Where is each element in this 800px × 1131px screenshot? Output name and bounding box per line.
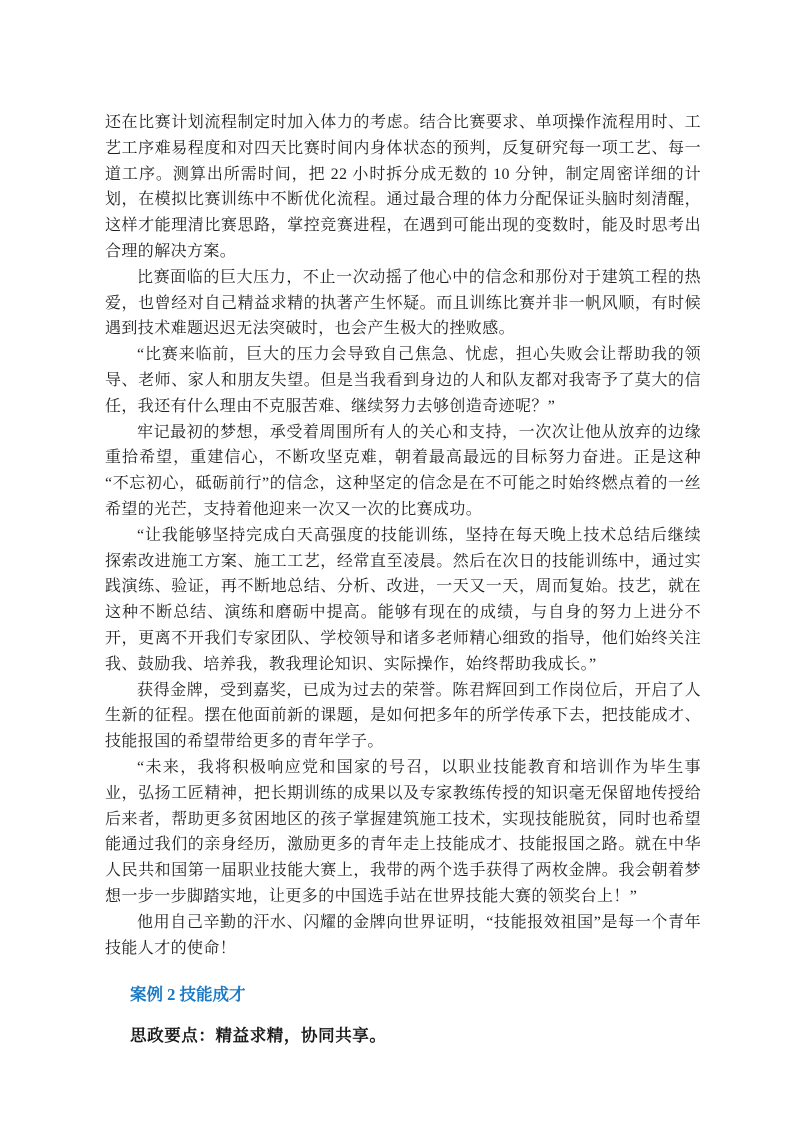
paragraph: 他用自己辛勤的汗水、闪耀的金牌向世界证明，“技能报效祖国”是每一个青年技能人才的… (105, 910, 701, 962)
case1-body-text: 还在比赛计划流程制定时加入体力的考虑。结合比赛要求、单项操作流程用时、工艺工序难… (105, 110, 701, 961)
document-page: 还在比赛计划流程制定时加入体力的考虑。结合比赛要求、单项操作流程用时、工艺工序难… (0, 0, 800, 1131)
paragraph: 比赛面临的巨大压力，不止一次动摇了他心中的信念和那份对于建筑工程的热爱，也曾经对… (105, 265, 701, 342)
key-points-label: 思政要点： (130, 1026, 216, 1045)
key-points-text: 精益求精，协同共享。 (216, 1026, 387, 1045)
paragraph: 获得金牌，受到嘉奖，已成为过去的荣誉。陈君辉回到工作岗位后，开启了人生新的征程。… (105, 678, 701, 755)
paragraph: 还在比赛计划流程制定时加入体力的考虑。结合比赛要求、单项操作流程用时、工艺工序难… (105, 110, 701, 265)
paragraph: 牢记最初的梦想，承受着周围所有人的关心和支持，一次次让他从放弃的边缘重拾希望，重… (105, 420, 701, 523)
case2-section-heading: 案例 2 技能成才 (105, 984, 701, 1006)
page-content: 还在比赛计划流程制定时加入体力的考虑。结合比赛要求、单项操作流程用时、工艺工序难… (105, 110, 701, 1047)
paragraph: “未来，我将积极响应党和国家的号召，以职业技能教育和培训作为毕生事业，弘扬工匠精… (105, 755, 701, 910)
paragraph: “让我能够坚持完成白天高强度的技能训练，坚持在每天晚上技术总结后继续探索改进施工… (105, 523, 701, 678)
key-points-line: 思政要点：精益求精，协同共享。 (105, 1025, 701, 1047)
paragraph: “比赛来临前，巨大的压力会导致自己焦急、忧虑，担心失败会让帮助我的领导、老师、家… (105, 342, 701, 419)
